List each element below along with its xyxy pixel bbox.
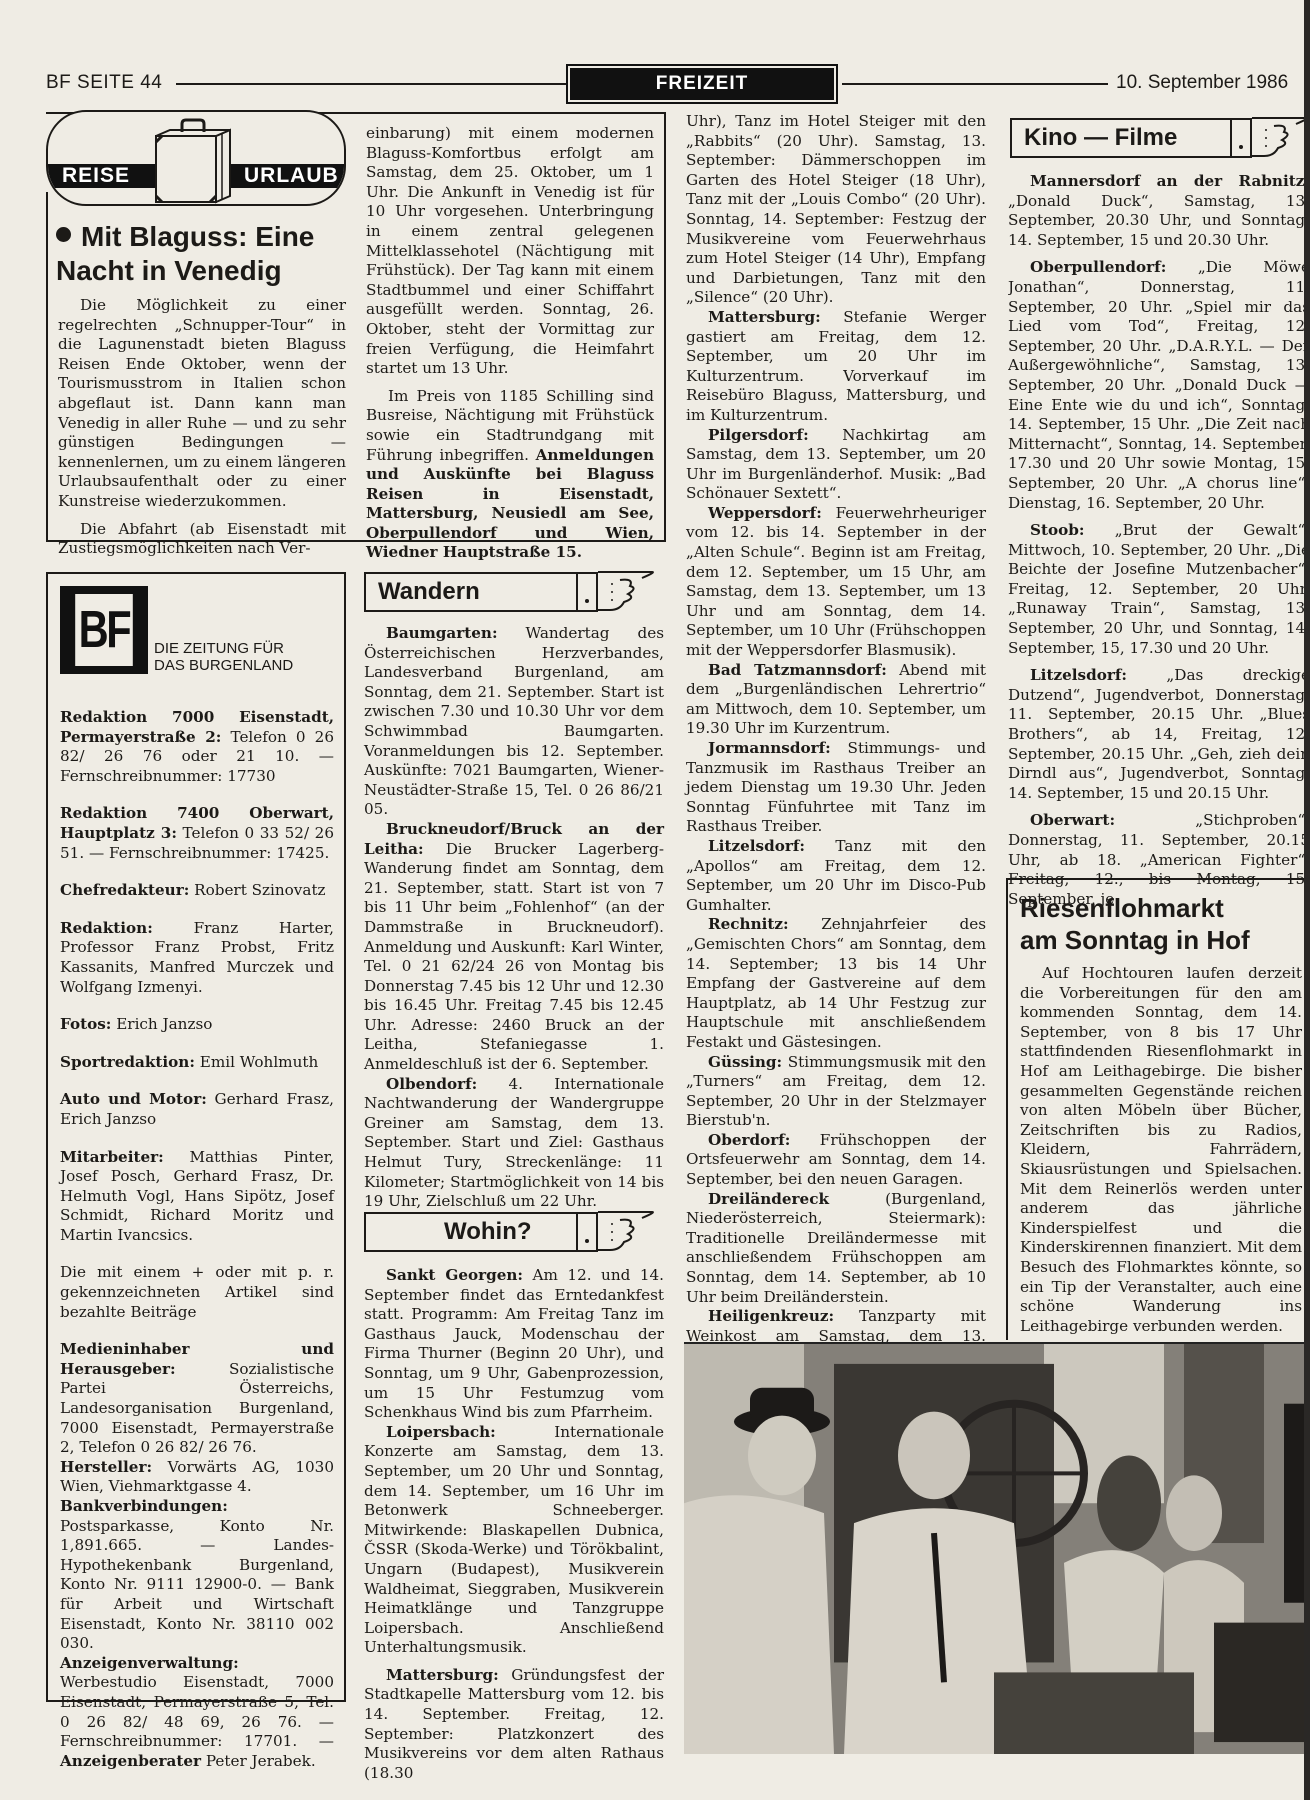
cinema-place: Oberwart: [1030, 811, 1115, 829]
paragraph: einbarung) mit einem modernen Blaguss-Ko… [366, 124, 654, 379]
pointing-hand-icon [598, 1208, 658, 1254]
event-item: Baumgarten: Wandertag des Österreichisch… [364, 624, 664, 820]
paragraph: Die Abfahrt (ab Eisenstadt mit Zustiegsm… [58, 520, 346, 559]
entry-label: Sportredaktion: [60, 1053, 195, 1071]
cuff [1232, 118, 1252, 158]
wandern-column: Baumgarten: Wandertag des Österreichisch… [364, 624, 664, 1212]
event-place: Pilgersdorf: [708, 426, 809, 444]
event-item: Dreiländereck (Burgenland, Niederösterre… [686, 1190, 986, 1308]
entry-label: Bankverbindungen: [60, 1497, 228, 1515]
event-place: Baumgarten: [386, 624, 498, 642]
entry-text: Die mit einem + oder mit p. r. gekennzei… [60, 1263, 334, 1320]
impressum-entry: Medieninhaber und Herausgeber: Sozialist… [60, 1340, 334, 1458]
page-edge-shadow [1304, 0, 1310, 1800]
tagline-line-2: DAS BURGENLAND [154, 657, 293, 674]
wohin-column-1: Sankt Georgen: Am 12. und 14. September … [364, 1266, 664, 1783]
event-item: Oberdorf: Frühschoppen der Ortsfeuerwehr… [686, 1131, 986, 1190]
event-item: Loipersbach: Internationale Konzerte am … [364, 1423, 664, 1658]
entry-text: Postsparkasse, Konto Nr. 1,891.665. — La… [60, 1517, 334, 1653]
entry-text: Werbestudio Eisenstadt, 7000 Eisenstadt,… [60, 1673, 334, 1750]
wohin-column-2: Uhr), Tanz im Hotel Steiger mit den „Rab… [686, 112, 986, 1386]
cinema-item: Litzelsdorf: „Das dreckige Dutzend“, Jug… [1008, 666, 1310, 803]
bf-logo: BF [60, 586, 148, 674]
impressum-box: BF DIE ZEITUNG FÜR DAS BURGENLAND Redakt… [46, 572, 346, 1702]
cuff [578, 572, 598, 612]
impressum-text: Redaktion 7000 Eisenstadt, Permayerstraß… [60, 708, 334, 1771]
header-rule-left [176, 83, 566, 85]
article-frame-left [46, 192, 48, 542]
kino-column: Mannersdorf an der Rabnitz: „Donald Duck… [1008, 172, 1310, 909]
event-place: Mattersburg: [708, 308, 821, 326]
impressum-entry: Sportredaktion: Emil Wohlmuth [60, 1053, 334, 1073]
headline-line-1: Riesenflohmarkt [1020, 892, 1250, 924]
entry-label: Chefredakteur: [60, 881, 189, 899]
tagline-line-1: DIE ZEITUNG FÜR [154, 640, 293, 657]
entry-label: Redaktion: [60, 919, 153, 937]
cinema-text: „Das dreckige Dutzend“, Jugendverbot, Do… [1008, 666, 1310, 802]
entry-label: Auto und Motor: [60, 1090, 207, 1108]
bullet-icon [56, 227, 71, 242]
cinema-text: „Donald Duck“, Samstag, 13. September, 2… [1008, 192, 1310, 249]
section-title: Wohin? [364, 1212, 578, 1252]
cuff [578, 1212, 598, 1252]
paragraph: Im Preis von 1185 Schilling sind Busreis… [366, 387, 654, 563]
newspaper-page: BF SEITE 44 FREIZEIT 10. September 1986 … [0, 0, 1310, 1800]
cinema-item: Oberpullendorf: „Die Möwe Jonathan“, Don… [1008, 258, 1310, 513]
event-place: Olbendorf: [386, 1075, 477, 1093]
event-item: Mattersburg: Gründungsfest der Stadtkape… [364, 1666, 664, 1784]
pointing-hand-icon [1252, 114, 1310, 160]
cinema-text: „Brut der Gewalt“, Mittwoch, 10. Septemb… [1008, 521, 1310, 657]
travel-article-col1: Die Möglichkeit zu einer regelrechten „S… [58, 296, 346, 559]
event-item: Jormannsdorf: Stimmungs- und Tanzmusik i… [686, 739, 986, 837]
travel-article: REISE URLAUB Mit Blaguss: Eine Nacht in … [46, 112, 666, 542]
event-item: Rechnitz: Zehnjahrfeier des „Gemischten … [686, 915, 986, 1052]
article-headline: Riesenflohmarkt am Sonntag in Hof [1020, 892, 1250, 956]
reise-urlaub-logo: REISE URLAUB [46, 110, 346, 206]
pointing-hand-icon [598, 568, 658, 614]
cinema-place: Oberpullendorf: [1030, 258, 1166, 276]
impressum-entry: Chefredakteur: Robert Szinovatz [60, 881, 334, 901]
event-place: Loipersbach: [386, 1423, 496, 1441]
event-text: Die Brucker Lagerberg-Wanderung findet a… [364, 840, 664, 1074]
suitcase-icon [146, 118, 238, 204]
event-continuation: Uhr), Tanz im Hotel Steiger mit den „Rab… [686, 112, 986, 308]
event-place: Rechnitz: [708, 915, 789, 933]
entry-label: Mitarbeiter: [60, 1148, 164, 1166]
impressum-entry: Anzeigenverwaltung: Werbestudio Eisensta… [60, 1654, 334, 1772]
event-place: Mattersburg: [386, 1666, 499, 1684]
entry-label: Hersteller: [60, 1458, 152, 1476]
paragraph: Auf Hochtouren laufen derzeit die Vorber… [1020, 964, 1302, 1336]
event-place: Litzelsdorf: [708, 837, 805, 855]
impressum-entry: Auto und Motor: Gerhard Frasz, Erich Jan… [60, 1090, 334, 1129]
cinema-place: Mannersdorf an der Rabnitz: [1030, 172, 1310, 190]
flea-market-article: Riesenflohmarkt am Sonntag in Hof Auf Ho… [1006, 878, 1310, 1340]
section-title: Kino — Filme [1010, 118, 1232, 158]
logo-word-urlaub: URLAUB [244, 164, 339, 188]
entry-text: Robert Szinovatz [189, 881, 325, 899]
logo-word-reise: REISE [62, 164, 130, 188]
headline-line-2: am Sonntag in Hof [1020, 924, 1250, 956]
event-text: Feuerwehrheuriger vom 12. bis 14. Septem… [686, 504, 986, 659]
event-item: Mattersburg: Stefanie Werger gastiert am… [686, 308, 986, 426]
entry-text: Peter Jerabek. [201, 1752, 316, 1770]
page-header: BF SEITE 44 FREIZEIT 10. September 1986 [46, 68, 1310, 98]
event-item: Litzelsdorf: Tanz mit den „Apollos“ am F… [686, 837, 986, 915]
event-item: Bruckneudorf/Bruck an der Leitha: Die Br… [364, 820, 664, 1075]
entry-label: Fotos: [60, 1015, 111, 1033]
impressum-entry: Hersteller: Vorwärts AG, 1030 Wien, Vieh… [60, 1458, 334, 1497]
event-item: Pilgersdorf: Nachkirtag am Samstag, dem … [686, 426, 986, 504]
event-text: Am 12. und 14. September findet das Ernt… [364, 1266, 664, 1421]
event-place: Dreiländereck [708, 1190, 829, 1208]
event-place: Heiligenkreuz: [708, 1307, 834, 1325]
section-label: FREIZEIT [570, 68, 834, 100]
event-item: Bad Tatzmannsdorf: Abend mit dem „Burgen… [686, 661, 986, 739]
headline-line-2: Nacht in Venedig [56, 255, 282, 286]
entry-label: Anzeigenverwaltung: [60, 1654, 239, 1672]
headline-line-1: Mit Blaguss: Eine [81, 221, 314, 252]
flea-market-text: Auf Hochtouren laufen derzeit die Vorber… [1020, 964, 1302, 1336]
cinema-place: Stoob: [1030, 521, 1084, 539]
entry-text: Erich Janzso [111, 1015, 212, 1033]
event-text: Internationale Konzerte am Samstag, dem … [364, 1423, 664, 1657]
event-place: Güssing: [708, 1053, 782, 1071]
photo-image [684, 1344, 1310, 1754]
logo-text: BF [75, 594, 133, 666]
article-headline: Mit Blaguss: Eine Nacht in Venedig [56, 220, 346, 288]
event-place: Oberdorf: [708, 1131, 790, 1149]
section-title: Wandern [364, 572, 578, 612]
entry-text: Emil Wohlmuth [195, 1053, 318, 1071]
event-text: Zehnjahrfeier des „Gemischten Chors“ am … [686, 915, 986, 1051]
page-number: BF SEITE 44 [46, 72, 162, 94]
section-heading-wohin: Wohin? [364, 1212, 664, 1252]
header-rule-right [842, 83, 1108, 85]
section-heading-wandern: Wandern [364, 572, 664, 612]
impressum-entry: Redaktion 7400 Oberwart, Hauptplatz 3: T… [60, 804, 334, 863]
impressum-entry: Die mit einem + oder mit p. r. gekennzei… [60, 1263, 334, 1322]
event-text: 4. Internationale Nachtwanderung der Wan… [364, 1075, 664, 1211]
event-text: Wandertag des Österreichischen Herzverba… [364, 624, 664, 818]
impressum-entry: Redaktion 7000 Eisenstadt, Permayerstraß… [60, 708, 334, 786]
event-item: Weppersdorf: Feuerwehrheuriger vom 12. b… [686, 504, 986, 661]
event-item: Sankt Georgen: Am 12. und 14. September … [364, 1266, 664, 1423]
paragraph: Die Möglichkeit zu einer regelrechten „S… [58, 296, 346, 512]
entry-label: Anzeigenberater [60, 1752, 201, 1770]
flea-market-photo [684, 1342, 1310, 1754]
cinema-item: Mannersdorf an der Rabnitz: „Donald Duck… [1008, 172, 1310, 250]
event-item: Güssing: Stimmungsmusik mit den „Turners… [686, 1053, 986, 1131]
event-place: Jormannsdorf: [708, 739, 831, 757]
cinema-text: „Die Möwe Jonathan“, Donnerstag, 11. Sep… [1008, 258, 1310, 511]
impressum-entry: Fotos: Erich Janzso [60, 1015, 334, 1035]
section-heading-kino: Kino — Filme [1010, 118, 1310, 158]
tagline: DIE ZEITUNG FÜR DAS BURGENLAND [154, 640, 293, 674]
issue-date: 10. September 1986 [1116, 72, 1288, 94]
impressum-entry: Redaktion: Franz Harter, Professor Franz… [60, 919, 334, 997]
travel-article-col2: einbarung) mit einem modernen Blaguss-Ko… [366, 124, 654, 563]
impressum-entry: Mitarbeiter: Matthias Pinter, Josef Posc… [60, 1148, 334, 1246]
event-place: Bad Tatzmannsdorf: [708, 661, 887, 679]
impressum-entry: Bankverbindungen: Postsparkasse, Konto N… [60, 1497, 334, 1654]
event-place: Sankt Georgen: [386, 1266, 523, 1284]
event-place: Weppersdorf: [708, 504, 822, 522]
event-item: Olbendorf: 4. Internationale Nachtwander… [364, 1075, 664, 1212]
cinema-item: Stoob: „Brut der Gewalt“, Mittwoch, 10. … [1008, 521, 1310, 658]
cinema-place: Litzelsdorf: [1030, 666, 1127, 684]
